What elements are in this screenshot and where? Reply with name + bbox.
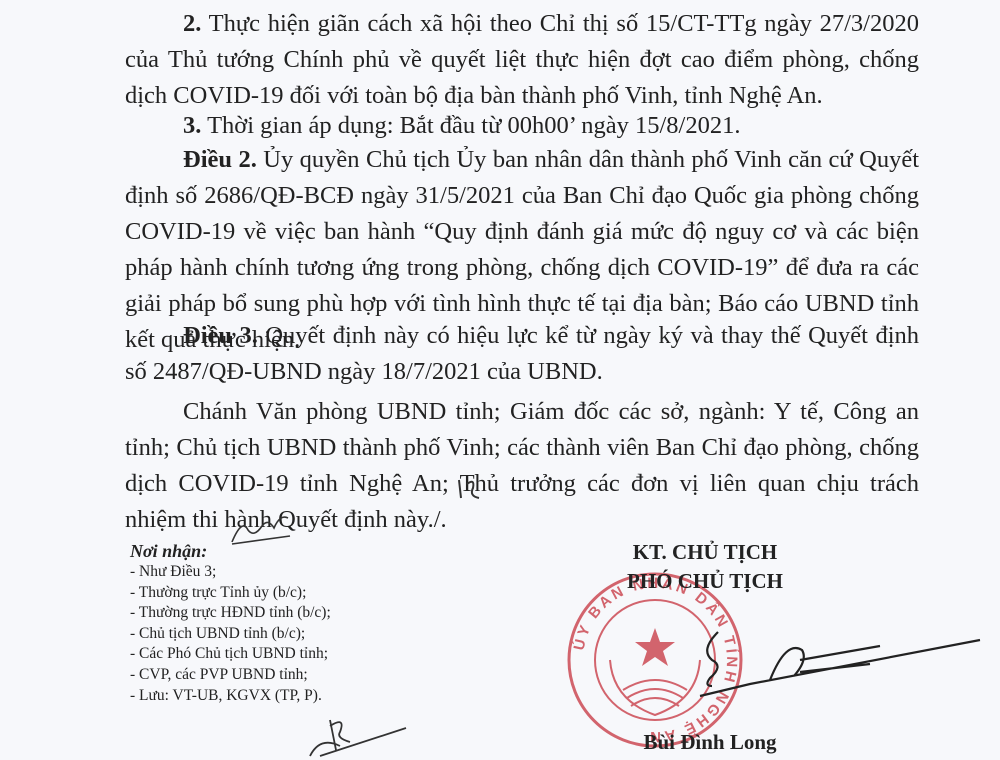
item-3-paragraph: 3. Thời gian áp dụng: Bắt đầu từ 00h00’ … — [125, 108, 919, 144]
article-2-label: Điều 2. — [183, 146, 257, 173]
signature-title: KT. CHỦ TỊCH PHÓ CHỦ TỊCH — [610, 538, 800, 596]
recipient-item: - Lưu: VT-UB, KGVX (TP, P). — [130, 686, 331, 707]
recipient-item: - Như Điều 3; — [130, 562, 331, 583]
handwritten-signature — [690, 620, 990, 710]
signature-line-1: KT. CHỦ TỊCH — [610, 538, 800, 567]
recipient-item: - Chủ tịch UBND tỉnh (b/c); — [130, 624, 331, 645]
article-3-paragraph: Điều 3. Quyết định này có hiệu lực kể từ… — [125, 318, 919, 390]
item-2-text: Thực hiện giãn cách xã hội theo Chỉ thị … — [125, 10, 919, 109]
initials-mark — [455, 474, 485, 504]
recipient-item: - CVP, các PVP UBND tỉnh; — [130, 665, 331, 686]
item-3-text: Thời gian áp dụng: Bắt đầu từ 00h00’ ngà… — [207, 112, 740, 139]
signer-name: Bùi Đình Long — [620, 730, 800, 755]
recipient-item: - Thường trực HĐND tỉnh (b/c); — [130, 603, 331, 624]
document-page: 2. Thực hiện giãn cách xã hội theo Chỉ t… — [0, 0, 1000, 760]
recipient-item: - Các Phó Chủ tịch UBND tỉnh; — [130, 644, 331, 665]
recipient-item: - Thường trực Tỉnh ủy (b/c); — [130, 583, 331, 604]
item-2-paragraph: 2. Thực hiện giãn cách xã hội theo Chỉ t… — [125, 6, 919, 114]
item-2-number: 2. — [183, 10, 201, 37]
signature-line-2: PHÓ CHỦ TỊCH — [610, 567, 800, 596]
article-3-label: Điều 3. — [183, 322, 258, 349]
initials-signature — [228, 508, 298, 548]
bottom-initials — [300, 716, 410, 760]
recipients-block: Nơi nhận: - Như Điều 3; - Thường trực Tỉ… — [130, 540, 331, 706]
item-3-number: 3. — [183, 112, 201, 139]
